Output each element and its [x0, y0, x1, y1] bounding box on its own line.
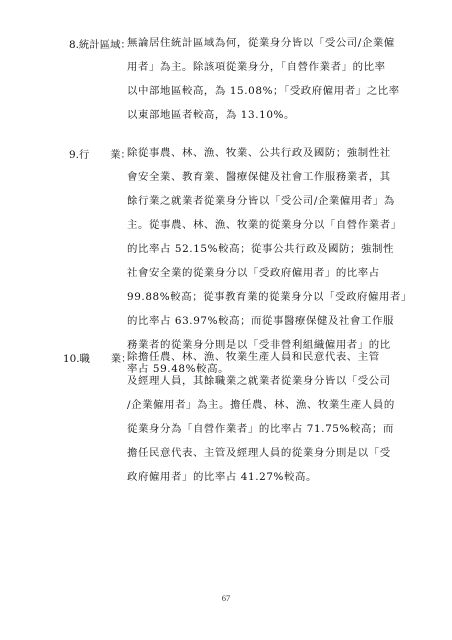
text-line: /企業僱用者」為主。擔任農、林、漁、牧業生產人員的	[127, 398, 395, 412]
item-label: 10.職 業：	[63, 350, 131, 365]
text-line: 從業身分為「自營作業者」的比率占 71.75%較高；而	[127, 422, 394, 436]
text-line: 99.88%較高；從事教育業的從業身分以「受政府僱用者」	[127, 290, 412, 304]
text-line: 及經理人員，其餘職業之就業者從業身分皆以「受公司	[127, 374, 391, 388]
text-line: 以東部地區者較高，為 13.10%。	[127, 108, 295, 122]
item-label: 9.行 業：	[69, 146, 131, 161]
text-line: 無論居住統計區域為何，從業身分皆以「受公司/企業僱	[127, 36, 395, 50]
text-line: 除從事農、林、漁、牧業、公共行政及國防；強制性社	[127, 146, 391, 160]
text-line: 除擔任農、林、漁、牧業生產人員和民意代表、主管	[127, 350, 380, 364]
page-number: 67	[0, 593, 452, 603]
text-line: 的比率占 63.97%較高；而從事醫療保健及社會工作服	[127, 314, 394, 328]
text-line: 用者」為主。除該項從業身分，「自營作業者」的比率	[127, 60, 386, 74]
item-label: 8.統計區域：	[69, 36, 131, 51]
text-line: 擔任民意代表、主管及經理人員的從業身分則是以「受	[127, 446, 391, 460]
text-line: 以中部地區較高，為 15.08%；「受政府僱用者」之比率	[127, 84, 400, 98]
text-line: 餘行業之就業者從業身分皆以「受公司/企業僱用者」為	[127, 194, 395, 208]
text-line: 的比率占 52.15%較高；從事公共行政及國防；強制性	[127, 242, 394, 256]
document-page: 8.統計區域： 無論居住統計區域為何，從業身分皆以「受公司/企業僱 用者」為主。…	[0, 0, 452, 640]
text-line: 社會安全業的從業身分以「受政府僱用者」的比率占	[127, 266, 380, 280]
text-line: 政府僱用者」的比率占 41.27%較高。	[127, 470, 317, 484]
text-line: 會安全業、教育業、醫療保健及社會工作服務業者，其	[127, 170, 391, 184]
text-line: 主。從事農、林、漁、牧業的從業身分以「自營作業者」	[127, 218, 402, 232]
